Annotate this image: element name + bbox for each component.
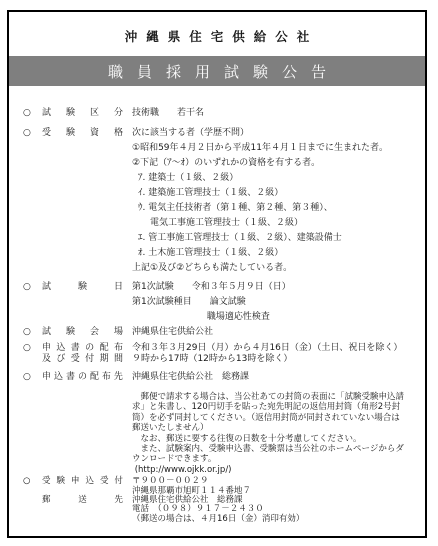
row-label-application-reception: 受験申込受付	[42, 477, 123, 486]
note-line: 求」と朱書し、120円切手を貼った宛先明記の返信用封筒（角形2号封	[132, 402, 417, 412]
postmark-note: （郵送の場合は、４月16日（金）消印有効）	[132, 515, 417, 524]
text-line: 職場適応性検査	[132, 310, 417, 325]
row-label-distribution: 申込書の配布	[42, 343, 123, 354]
circle-bullet-icon: ○	[23, 343, 42, 354]
text-line: 令和３年３月29日（月）から４月16日（金）（土日、祝日を除く）	[132, 343, 417, 354]
list-item: ｳ. 電気主任技術者（第１種、第２種、第３種）、	[132, 201, 417, 216]
text-line: ①昭和59年４月２日から平成11年４月１日までに生まれた者。	[132, 141, 417, 156]
circle-bullet-icon: ○	[23, 126, 42, 141]
row-distribution-period: ○ 申込書の配布 及び受付期間 令和３年３月29日（月）から４月16日（金）（土…	[23, 343, 417, 364]
banner-title: 職員採用試験公告	[94, 61, 340, 82]
row-label-mailing-address: 郵送先	[42, 496, 123, 505]
document-page: 沖縄県住宅供給公社 職員採用試験公告 ○ 試験区分 技術職 若干名 ○ 受験資格…	[7, 10, 427, 538]
document-body: ○ 試験区分 技術職 若干名 ○ 受験資格 次に該当する者（学歴不問） ①昭和5…	[9, 86, 425, 524]
note-line: 郵送いたしません）	[132, 423, 417, 433]
row-exam-date: ○ 試験日 第1次試験 令和３年５月９日（日） 第1次試験種目 論文試験 職場適…	[23, 280, 417, 325]
row-qualification: ○ 受験資格 次に該当する者（学歴不問） ①昭和59年４月２日から平成11年４月…	[23, 126, 417, 276]
text-line: 第1次試験種目 論文試験	[132, 295, 417, 310]
note-line: 郵便で請求する場合は、当公社あての封筒の表面に「試験受験申込請	[132, 392, 417, 402]
row-label-exam-venue: 試験会場	[42, 325, 123, 340]
circle-bullet-icon: ○	[23, 280, 42, 295]
circle-bullet-icon: ○	[23, 477, 42, 486]
exam-venue-value: 沖縄県住宅供給公社	[132, 325, 417, 340]
row-label-distribution-place: 申込書の配布先	[42, 370, 123, 385]
row-label-exam-category: 試験区分	[42, 106, 123, 121]
list-item: ｲ. 建築施工管理技士（１級、２級）	[132, 186, 417, 201]
row-label-reception-period: 及び受付期間	[42, 354, 123, 365]
list-item: ｴ. 管工事施工管理技士（１級、２級）、建築設備士	[132, 231, 417, 246]
distribution-place-value: 沖縄県住宅供給公社 総務課	[132, 370, 417, 385]
row-label-qualification: 受験資格	[42, 126, 123, 141]
row-application-address: ○ 受験申込受付 郵送先 〒９００－００２９ 沖縄県那覇市旭町１１４番地７ 沖縄…	[23, 477, 417, 524]
mail-request-note: 郵便で請求する場合は、当公社あての封筒の表面に「試験受験申込請 求」と朱書し、1…	[132, 392, 417, 475]
note-line: また、試験案内、受験申込書、受験票は当公社のホームページからダ	[132, 444, 417, 454]
list-item: ｵ. 土木施工管理技士（１級、２級）	[132, 246, 417, 261]
website-url: (http://www.ojkk.or.jp/)	[132, 465, 417, 475]
note-line: 筒）を必ず同封してください。（返信用封筒が同封されていない場合は	[132, 413, 417, 423]
text-line: 次に該当する者（学歴不問）	[132, 126, 417, 141]
row-exam-category: ○ 試験区分 技術職 若干名	[23, 106, 417, 121]
list-item: ｱ. 建築士（１級、２級）	[132, 171, 417, 186]
row-exam-venue: ○ 試験会場 沖縄県住宅供給公社	[23, 325, 417, 340]
circle-bullet-icon: ○	[23, 106, 42, 121]
text-line: ②下記（ｱ～ｵ）のいずれかの資格を有する者。	[132, 156, 417, 171]
circle-bullet-icon: ○	[23, 325, 42, 340]
row-label-exam-date: 試験日	[42, 280, 123, 295]
text-line: 第1次試験 令和３年５月９日（日）	[132, 280, 417, 295]
text-line: 上記①及び②どちらも満たしている者。	[132, 261, 417, 276]
note-line: なお、郵送に要する往復の日数を十分考慮してください。	[132, 434, 417, 444]
org-title: 沖縄県住宅供給公社	[9, 27, 425, 45]
announcement-banner: 職員採用試験公告	[9, 56, 425, 86]
row-distribution-place: ○ 申込書の配布先 沖縄県住宅供給公社 総務課 郵便で請求する場合は、当公社あて…	[23, 370, 417, 475]
exam-category-value: 技術職 若干名	[132, 106, 417, 121]
note-line: ウンロードできます。	[132, 454, 417, 464]
list-item-continuation: 電気工事施工管理技士（１級、２級）	[132, 216, 417, 231]
text-line: ９時から17時（12時から13時を除く）	[132, 354, 417, 365]
circle-bullet-icon: ○	[23, 370, 42, 385]
